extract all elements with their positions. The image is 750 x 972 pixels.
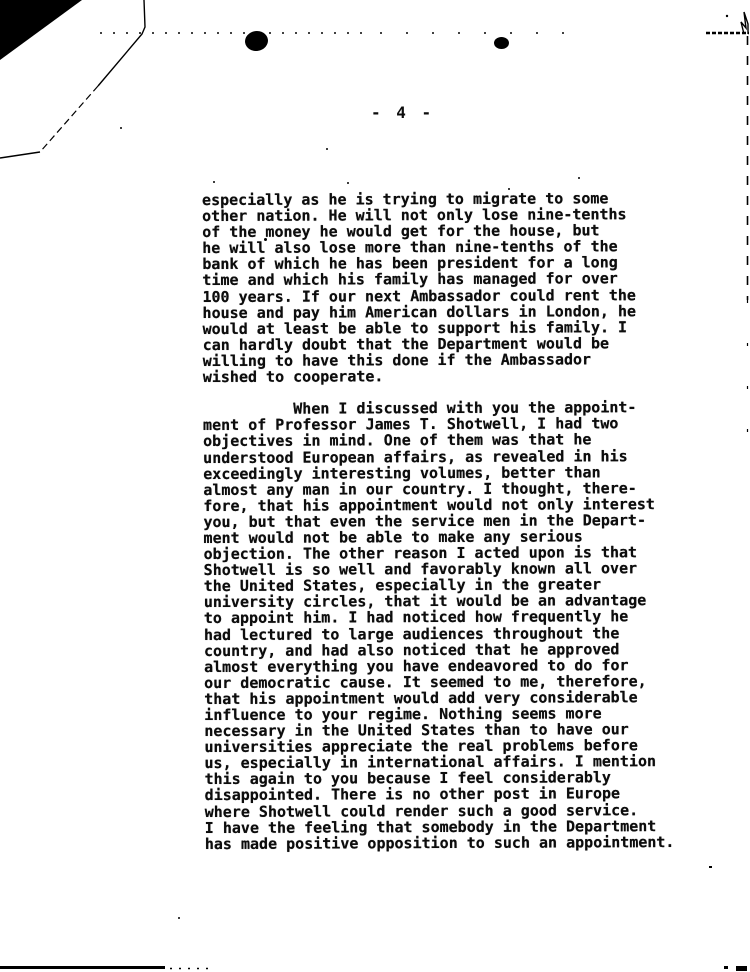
scan-speck xyxy=(347,182,349,184)
bottom-right-mark xyxy=(736,966,747,971)
top-right-speck xyxy=(726,15,728,17)
scan-speck xyxy=(213,181,215,183)
crease-line-bottom xyxy=(0,152,40,158)
letter-body-text: especially as he is trying to migrate to… xyxy=(202,190,674,852)
bottom-right-mark-small xyxy=(724,966,728,969)
punch-hole-right xyxy=(494,37,509,49)
page-number: - 4 - xyxy=(371,103,434,122)
scanned-letter-page: - 4 - especially as he is trying to migr… xyxy=(0,0,750,972)
scan-speck xyxy=(508,188,510,190)
right-margin-speck xyxy=(709,866,712,868)
folded-corner-shadow xyxy=(0,0,82,60)
punch-hole-left xyxy=(244,29,270,52)
scan-speck xyxy=(326,148,328,150)
crease-line-upper xyxy=(98,0,145,86)
crease-line-lower xyxy=(40,86,98,152)
scan-speck xyxy=(578,177,580,179)
scan-speck xyxy=(120,127,122,129)
scan-speck xyxy=(264,238,267,241)
scan-speck xyxy=(178,917,180,919)
top-right-jagged-mark xyxy=(741,12,748,34)
